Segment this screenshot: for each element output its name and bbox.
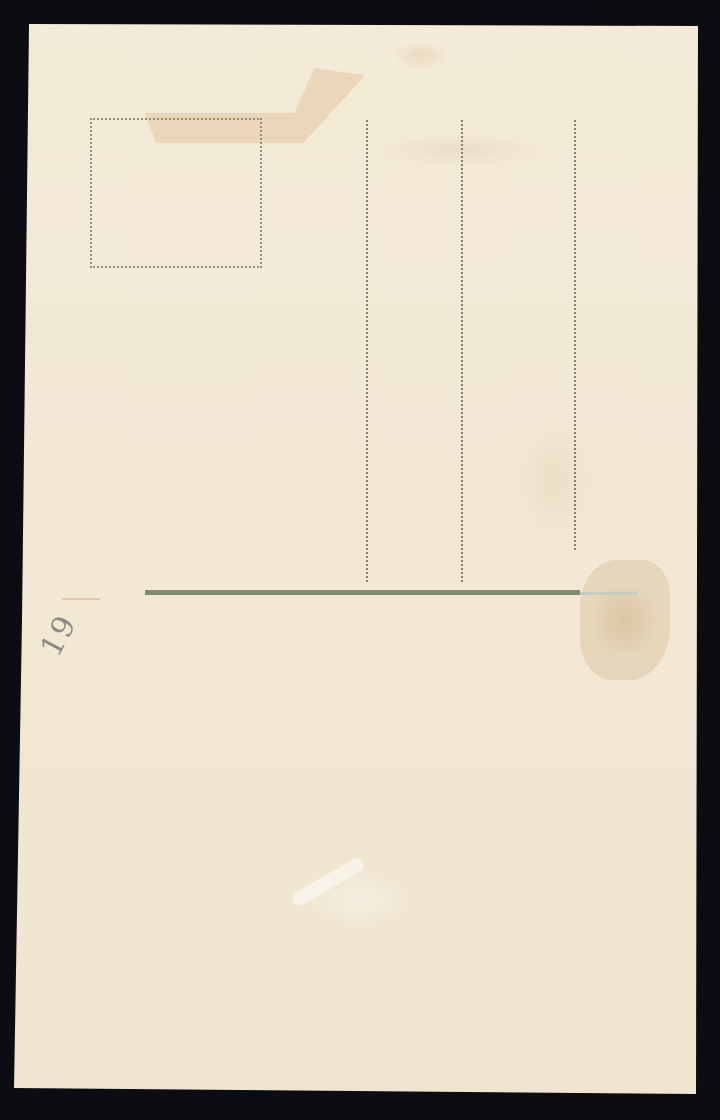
- faint-mark: [62, 598, 100, 600]
- horizontal-divider-line: [145, 590, 580, 595]
- stamp-box: [90, 118, 262, 268]
- dotted-divider-line-1: [366, 120, 368, 582]
- postcard-back: 19: [0, 0, 720, 1120]
- dotted-divider-line-2: [461, 120, 463, 582]
- dotted-divider-line-3: [574, 120, 576, 550]
- faded-divider-line-end: [580, 592, 638, 595]
- surface-scuff: [290, 856, 366, 908]
- scan-background: 19: [0, 0, 720, 1120]
- water-stain: [580, 560, 670, 680]
- handwritten-number: 19: [34, 609, 85, 663]
